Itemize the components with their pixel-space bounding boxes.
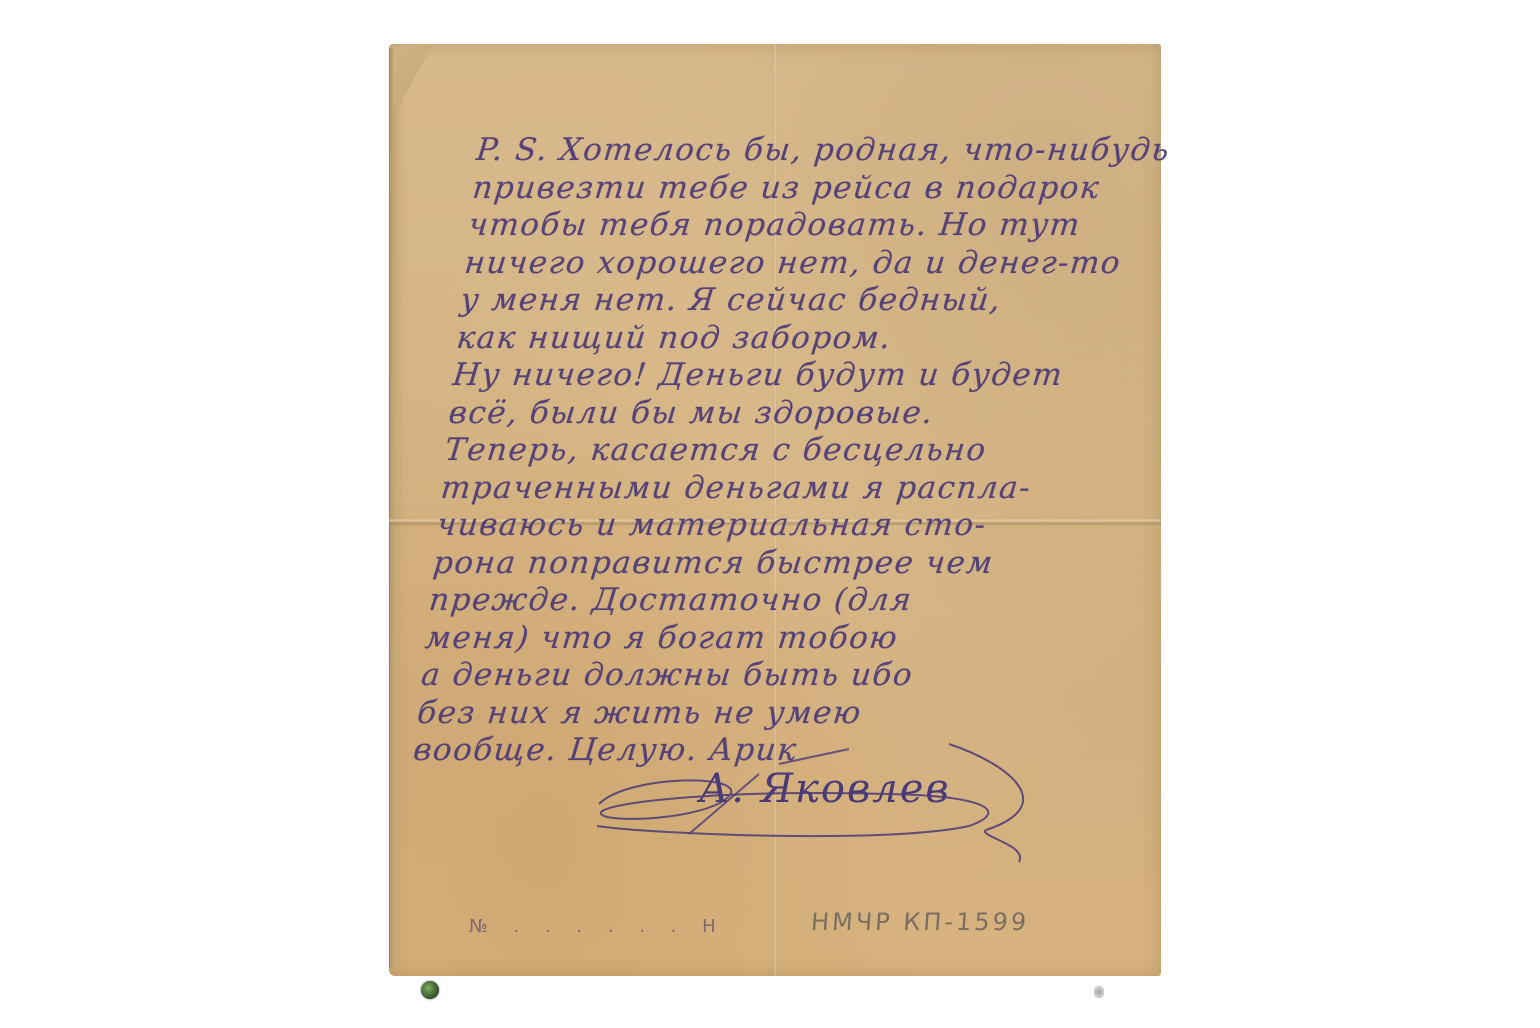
letter-line: меня) что я богат тобою [423, 620, 1127, 658]
letter-line: P. S. Хотелось бы, родная, что-нибудь [475, 132, 1179, 170]
dust-speck [1094, 986, 1104, 998]
letter-line: как нищий под забором. [455, 320, 1159, 358]
faint-ink-mark: № . . . . . . Н [469, 916, 726, 937]
pin-head-icon [421, 981, 439, 999]
letter-paper: P. S. Хотелось бы, родная, что-нибудь пр… [389, 44, 1161, 976]
letter-line: траченными деньгами я распла- [439, 470, 1143, 508]
letter-line: у меня нет. Я сейчас бедный, [459, 282, 1163, 320]
paper-edge [389, 48, 404, 968]
signature: А. Яковлев [589, 734, 1049, 864]
letter-line: а деньги должны быть ибо [419, 657, 1123, 695]
letter-line: чтобы тебя порадовать. Но тут [467, 207, 1171, 245]
letter-line: привезти тебе из рейса в подарок [471, 170, 1175, 208]
letter-line: ничего хорошего нет, да и денег-то [463, 245, 1167, 283]
signature-text: А. Яковлев [699, 766, 951, 812]
letter-line: рона поправится быстрее чем [431, 545, 1135, 583]
letter-line: всё, были бы мы здоровые. [447, 395, 1151, 433]
letter-body: P. S. Хотелось бы, родная, что-нибудь пр… [411, 132, 1178, 770]
archive-inventory-number: НМЧР КП-1599 [810, 908, 1030, 936]
letter-line: Теперь, касается с бесцельно [443, 432, 1147, 470]
document-viewer: P. S. Хотелось бы, родная, что-нибудь пр… [0, 0, 1540, 1028]
letter-line: чиваюсь и материальная сто- [435, 507, 1139, 545]
letter-line: прежде. Достаточно (для [427, 582, 1131, 620]
folded-corner [393, 46, 432, 106]
letter-line: Ну ничего! Деньги будут и будет [451, 357, 1155, 395]
letter-line: без них я жить не умею [415, 695, 1119, 733]
